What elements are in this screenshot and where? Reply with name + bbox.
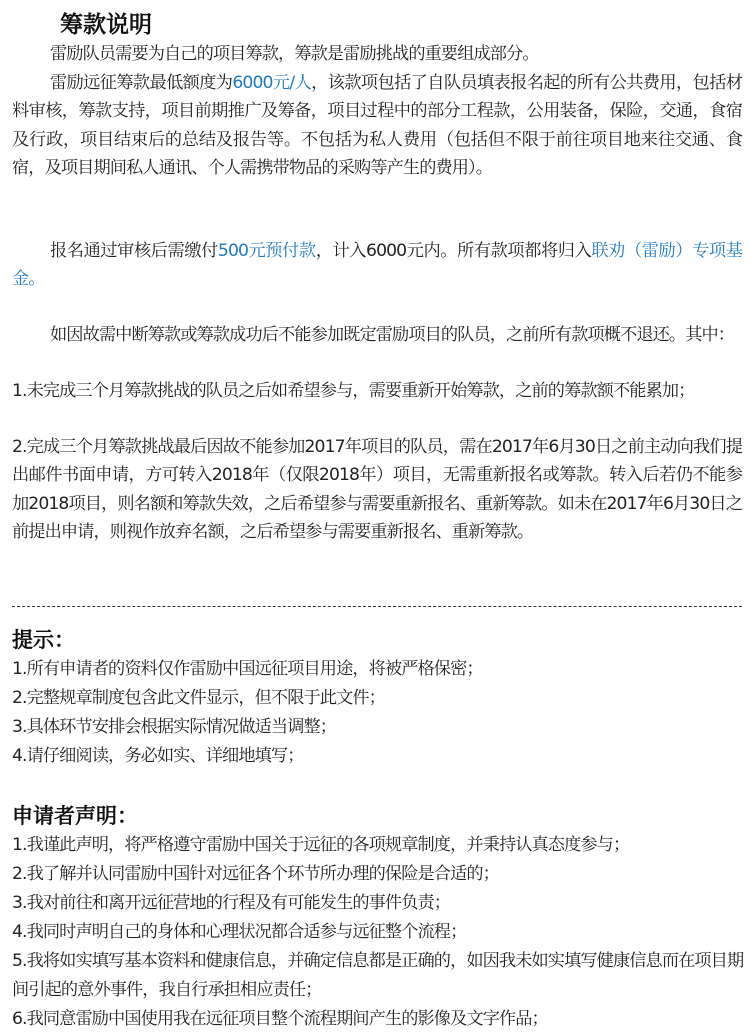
paragraph-text: 报名通过审核后需缴付 bbox=[50, 241, 218, 261]
fundraising-paragraph-2: 雷励远征筹款最低额度为6000元/人，该款项包括了自队员填表报名起的所有公共费用… bbox=[12, 69, 742, 182]
fundraising-paragraph-4: 如因故需中断筹款或筹款成功后不能参加既定雷励项目的队员，之前所有款项概不退还。其… bbox=[12, 321, 742, 349]
rule-text: 1.未完成三个月筹款挑战的队员之后如希望参与，需要重新开始筹款，之前的筹款额不能… bbox=[12, 381, 694, 401]
fundraising-rule-2: 2.完成三个月筹款挑战最后因故不能参加2017年项目的队员，需在2017年6月3… bbox=[12, 433, 742, 546]
fundraising-paragraph-1: 雷励队员需要为自己的项目筹款，筹款是雷励挑战的重要组成部分。 bbox=[12, 40, 742, 68]
declaration-heading: 申请者声明： bbox=[12, 800, 138, 830]
dashed-divider bbox=[12, 606, 742, 607]
tips-item: 1.所有申请者的资料仅作雷励中国远征项目用途，将被严格保密； bbox=[12, 655, 744, 684]
declaration-item: 5.我将如实填写基本资料和健康信息，并确定信息都是正确的，如因我未如实填写健康信… bbox=[12, 947, 744, 1005]
fundraising-rule-1: 1.未完成三个月筹款挑战的队员之后如希望参与，需要重新开始筹款，之前的筹款额不能… bbox=[12, 377, 742, 405]
paragraph-text: 雷励远征筹款最低额度为 bbox=[50, 73, 232, 93]
declaration-item: 1.我谨此声明，将严格遵守雷励中国关于远征的各项规章制度，并秉持认真态度参与； bbox=[12, 831, 744, 860]
paragraph-text: 如因故需中断筹款或筹款成功后不能参加既定雷励项目的队员，之前所有款项概不退还。其… bbox=[50, 325, 734, 345]
minimum-amount-highlight: 6000元/人 bbox=[232, 73, 311, 93]
declaration-item: 2.我了解并认同雷励中国针对远征各个环节所办理的保险是合适的； bbox=[12, 860, 744, 889]
declaration-item: 3.我对前往和离开远征营地的行程及有可能发生的事件负责； bbox=[12, 889, 744, 918]
paragraph-text: ，计入6000元内。所有款项都将归入 bbox=[316, 241, 592, 261]
declaration-list: 1.我谨此声明，将严格遵守雷励中国关于远征的各项规章制度，并秉持认真态度参与； … bbox=[12, 831, 744, 1034]
tips-item: 2.完整规章制度包含此文件显示，但不限于此文件； bbox=[12, 684, 744, 713]
prepayment-highlight: 500元预付款 bbox=[218, 241, 316, 261]
tips-item: 4.请仔细阅读，务必如实、详细地填写； bbox=[12, 742, 744, 771]
declaration-item: 6.我同意雷励中国使用我在远征项目整个流程期间产生的影像及文字作品； bbox=[12, 1005, 744, 1034]
tips-list: 1.所有申请者的资料仅作雷励中国远征项目用途，将被严格保密； 2.完整规章制度包… bbox=[12, 655, 744, 771]
rule-text: 2.完成三个月筹款挑战最后因故不能参加2017年项目的队员，需在2017年6月3… bbox=[12, 437, 742, 542]
declaration-item: 4.我同时声明自己的身体和心理状况都合适参与远征整个流程； bbox=[12, 918, 744, 947]
paragraph-text: 雷励队员需要为自己的项目筹款，筹款是雷励挑战的重要组成部分。 bbox=[50, 44, 539, 64]
fundraising-title: 筹款说明 bbox=[60, 6, 152, 39]
tips-item: 3.具体环节安排会根据实际情况做适当调整； bbox=[12, 713, 744, 742]
fundraising-paragraph-3: 报名通过审核后需缴付500元预付款，计入6000元内。所有款项都将归入联劝（雷励… bbox=[12, 237, 742, 294]
tips-heading: 提示： bbox=[12, 624, 75, 654]
